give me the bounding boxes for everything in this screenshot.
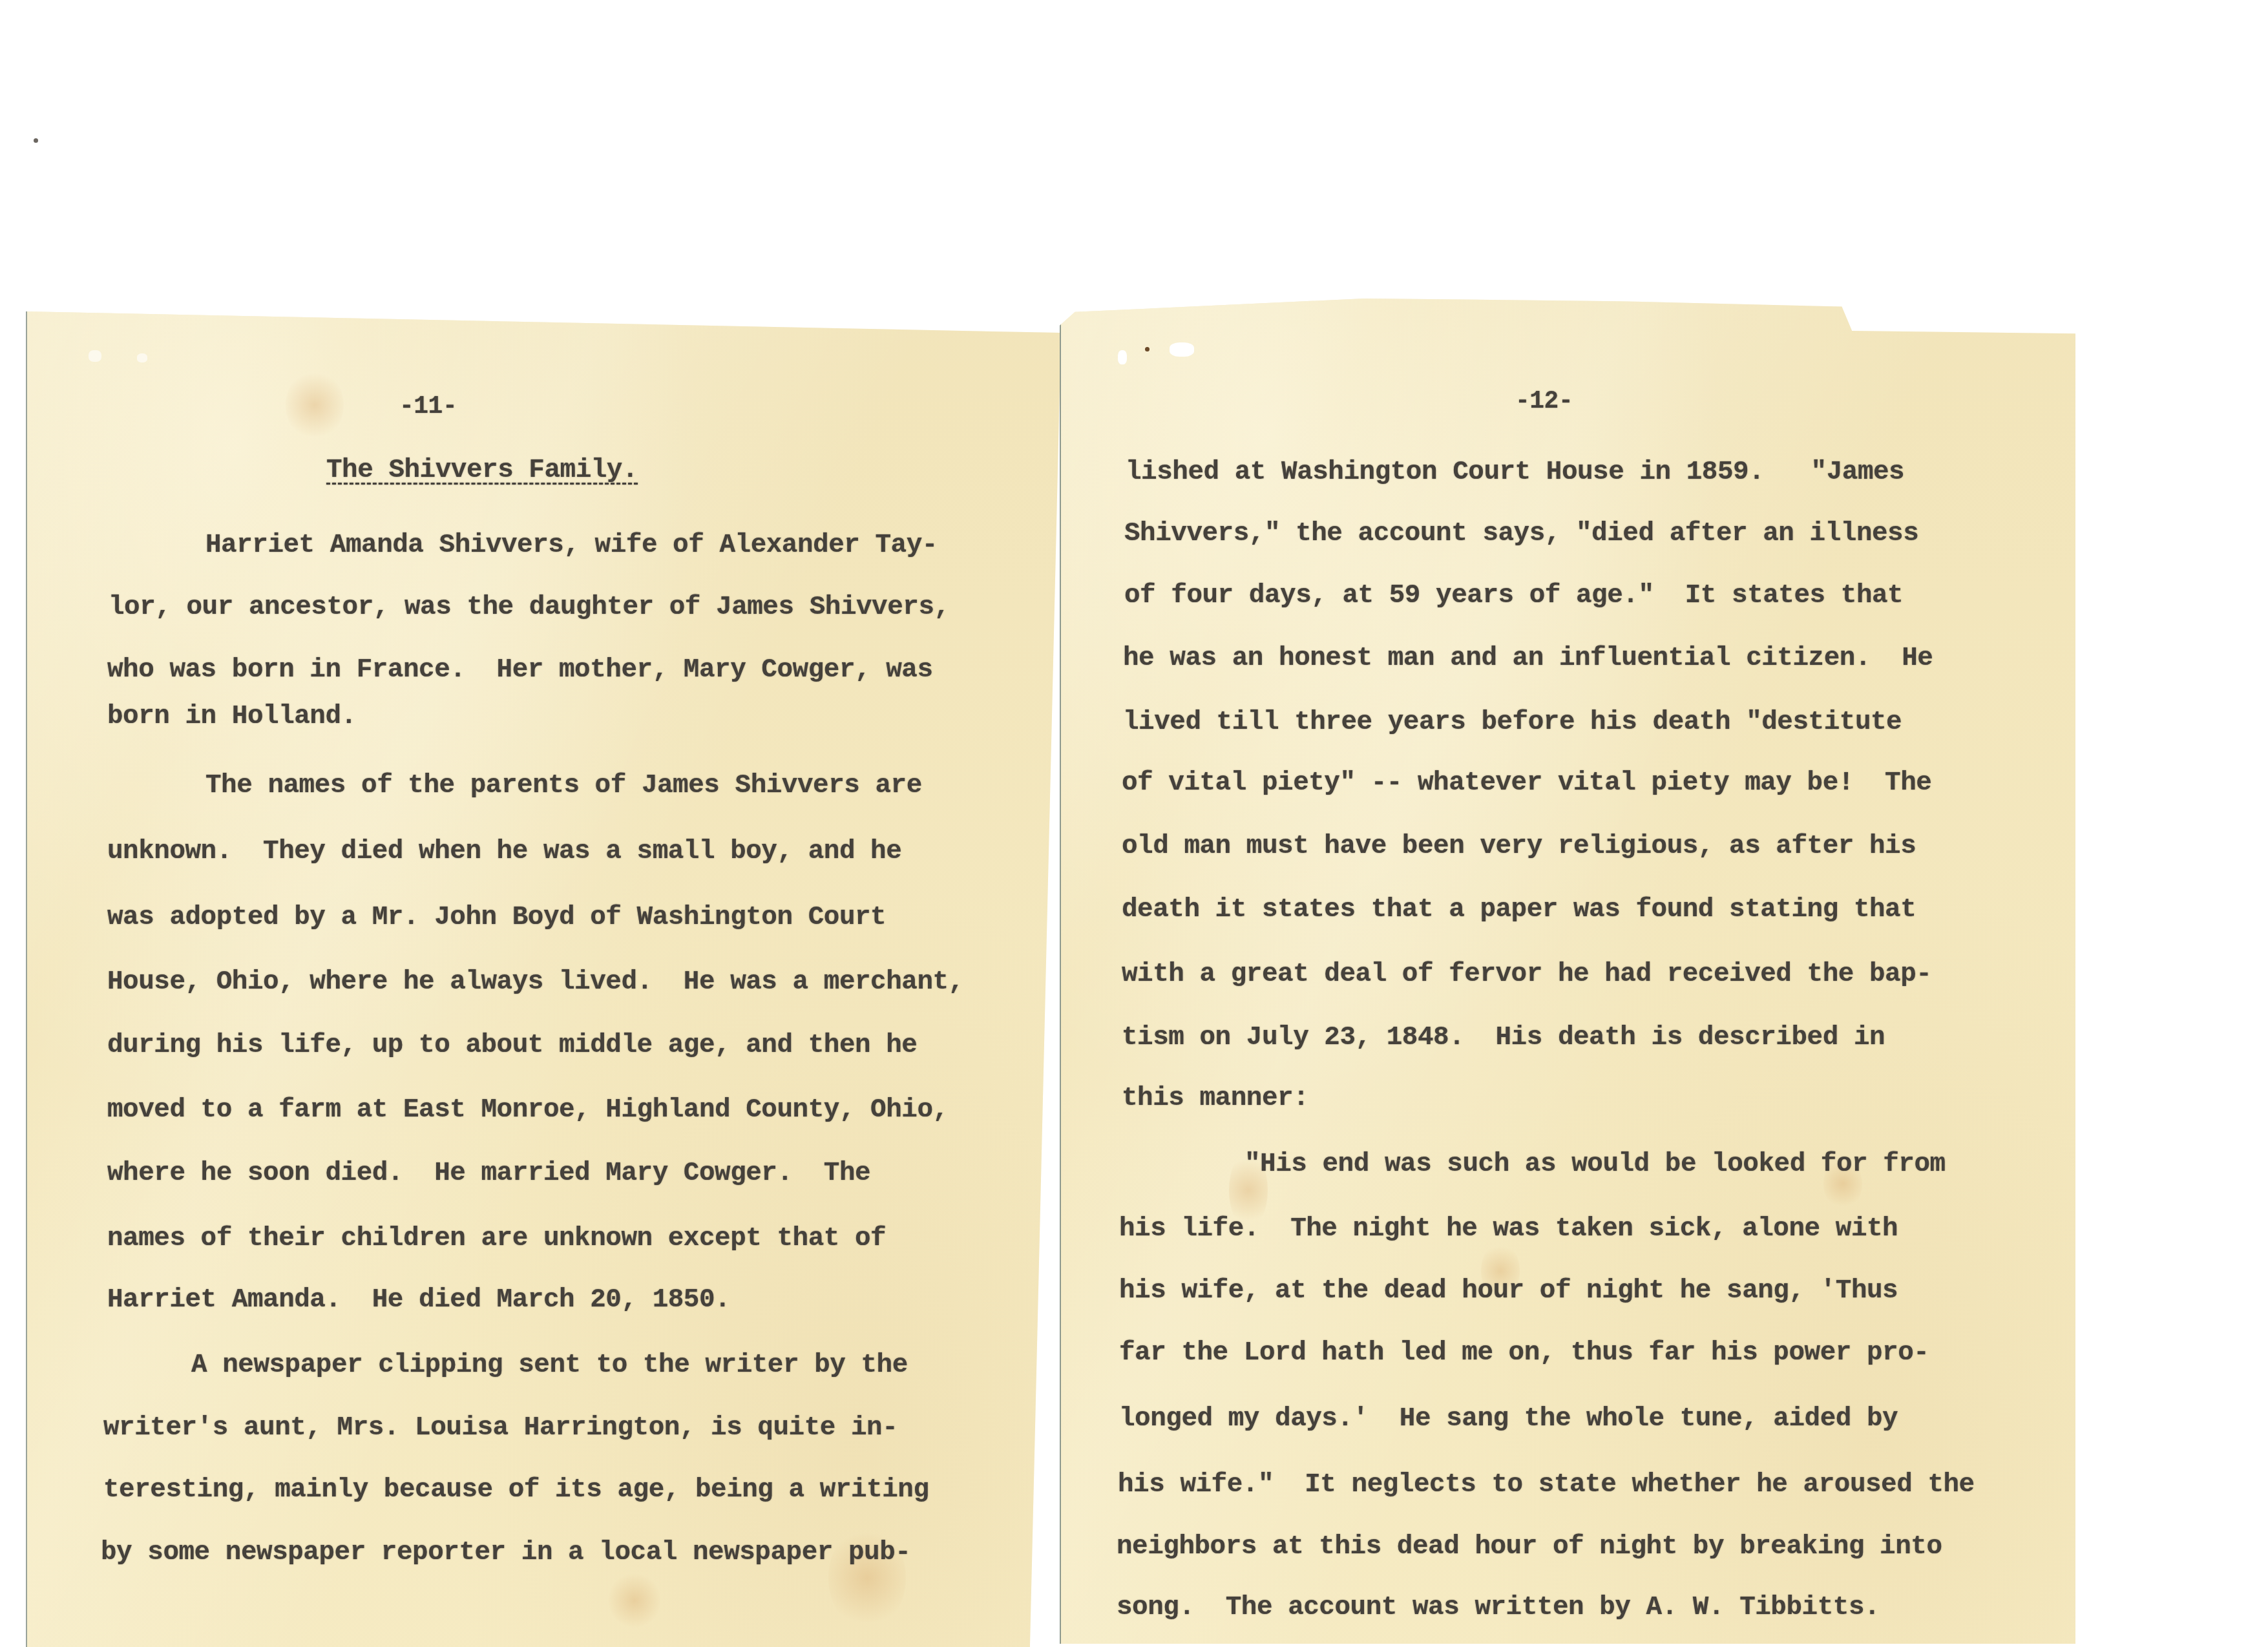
text-line: Harriet Amanda. He died March 20, 1850. bbox=[107, 1285, 730, 1316]
text-line: names of their children are unknown exce… bbox=[107, 1223, 886, 1254]
text-line: song. The account was written by A. W. T… bbox=[1117, 1592, 1880, 1623]
text-line: longed my days.' He sang the whole tune,… bbox=[1119, 1403, 1898, 1434]
section-title: The Shivvers Family. bbox=[326, 455, 638, 486]
text-line: born in Holland. bbox=[107, 701, 357, 732]
text-line: lived till three years before his death … bbox=[1123, 707, 1902, 738]
text-line: of four days, at 59 years of age." It st… bbox=[1124, 580, 1903, 611]
text-line: unknown. They died when he was a small b… bbox=[107, 836, 901, 867]
text-line: writer's aunt, Mrs. Louisa Harrington, i… bbox=[103, 1412, 898, 1443]
text-line: teresting, mainly because of its age, be… bbox=[103, 1474, 929, 1505]
text-line: Shivvers," the account says, "died after… bbox=[1124, 518, 1918, 549]
text-line: neighbors at this dead hour of night by … bbox=[1117, 1531, 1942, 1562]
text-line: his life. The night he was taken sick, a… bbox=[1119, 1213, 1898, 1244]
paper-stain bbox=[286, 370, 344, 441]
text-line: moved to a farm at East Monroe, Highland… bbox=[107, 1095, 949, 1126]
text-line: he was an honest man and an influential … bbox=[1123, 643, 1933, 674]
paper-tear bbox=[137, 353, 147, 362]
text-line: death it states that a paper was found s… bbox=[1122, 894, 1916, 925]
text-line: with a great deal of fervor he had recei… bbox=[1122, 959, 1931, 990]
text-line: where he soon died. He married Mary Cowg… bbox=[107, 1158, 870, 1189]
text-line: this manner: bbox=[1122, 1083, 1308, 1114]
text-line: A newspaper clipping sent to the writer … bbox=[191, 1350, 908, 1381]
text-line: his wife, at the dead hour of night he s… bbox=[1119, 1275, 1898, 1306]
text-line: Harriet Amanda Shivvers, wife of Alexand… bbox=[205, 530, 938, 561]
paper-tear bbox=[1170, 342, 1194, 357]
text-line: during his life, up to about middle age,… bbox=[107, 1030, 917, 1061]
text-line: far the Lord hath led me on, thus far hi… bbox=[1119, 1338, 1929, 1369]
text-line: by some newspaper reporter in a local ne… bbox=[101, 1537, 910, 1568]
paper-tear bbox=[1118, 350, 1127, 364]
scan-speck bbox=[34, 138, 38, 143]
paper-speck bbox=[1145, 347, 1150, 351]
text-line: lor, our ancestor, was the daughter of J… bbox=[109, 592, 950, 623]
paper-tear bbox=[89, 350, 101, 362]
page-number: -12- bbox=[1515, 386, 1573, 417]
text-line: lished at Washington Court House in 1859… bbox=[1126, 457, 1904, 488]
page-number: -11- bbox=[399, 392, 457, 423]
text-line: tism on July 23, 1848. His death is desc… bbox=[1122, 1022, 1885, 1053]
text-line: old man must have been very religious, a… bbox=[1122, 831, 1916, 862]
text-line: The names of the parents of James Shivve… bbox=[205, 770, 922, 801]
text-line: of vital piety" -- whatever vital piety … bbox=[1122, 768, 1931, 799]
text-line: House, Ohio, where he always lived. He w… bbox=[107, 967, 964, 998]
text-line: "His end was such as would be looked for… bbox=[1244, 1149, 1946, 1180]
text-line: was adopted by a Mr. John Boyd of Washin… bbox=[107, 902, 886, 933]
text-line: his wife." It neglects to state whether … bbox=[1118, 1469, 1975, 1500]
text-line: who was born in France. Her mother, Mary… bbox=[107, 655, 933, 686]
paper-stain bbox=[609, 1571, 660, 1630]
